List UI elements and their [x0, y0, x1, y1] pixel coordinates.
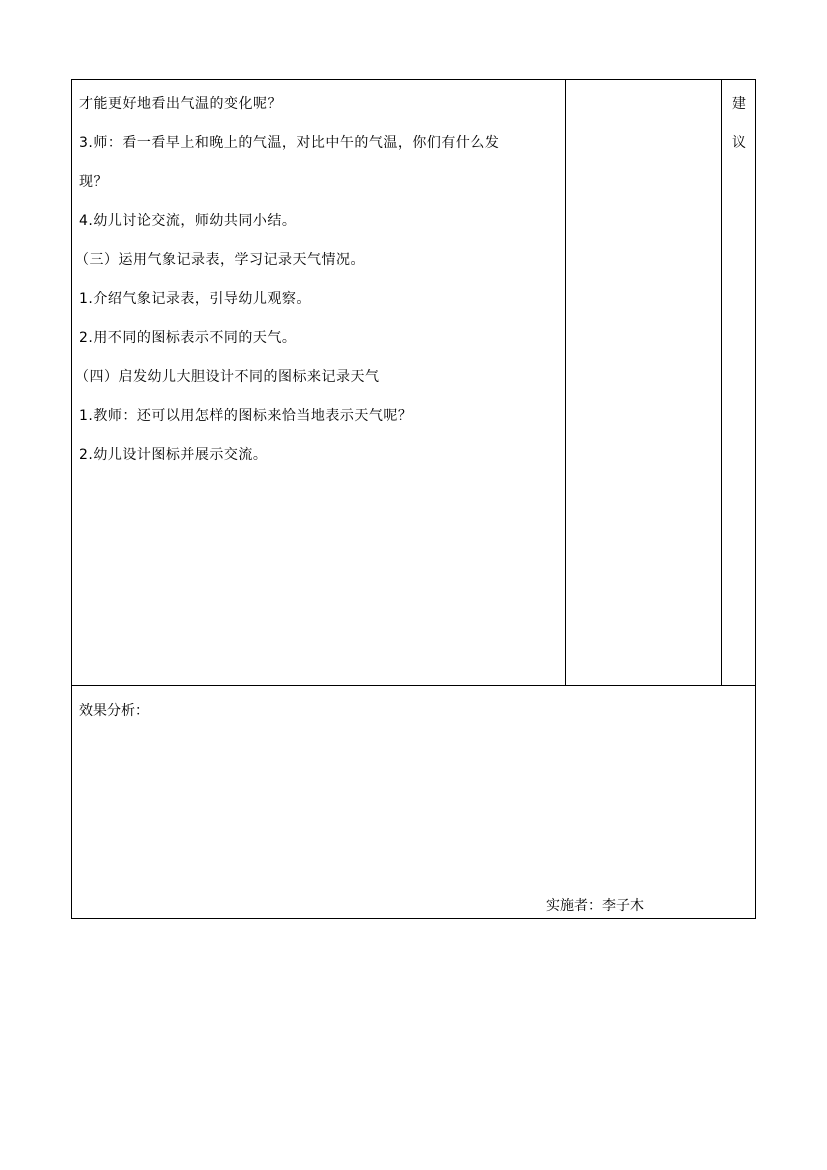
process-line: 2.幼儿设计图标并展示交流。 [79, 447, 267, 463]
suggestion-label-char: 议 [732, 135, 750, 151]
process-line: 4.幼儿讨论交流，师幼共同小结。 [79, 213, 296, 229]
process-line: 才能更好地看出气温的变化呢？ [79, 96, 282, 112]
section-heading: （四）启发幼儿大胆设计不同的图标来记录天气 [75, 369, 380, 385]
column-divider-1 [565, 80, 566, 686]
section-heading: （三）运用气象记录表，学习记录天气情况。 [75, 252, 365, 268]
lesson-plan-table: 才能更好地看出气温的变化呢？ 3.师：看一看早上和晚上的气温，对比中午的气温，你… [71, 79, 756, 919]
implementer-signature: 实施者：李子木 [546, 898, 644, 914]
process-line: 现？ [79, 174, 108, 190]
process-line: 1.教师：还可以用怎样的图标来恰当地表示天气呢？ [79, 408, 412, 424]
process-line: 3.师：看一看早上和晚上的气温，对比中午的气温，你们有什么发 [79, 135, 499, 151]
suggestion-label-char: 建 [732, 96, 750, 112]
process-line: 1.介绍气象记录表，引导幼儿观察。 [79, 291, 311, 307]
row-divider [72, 685, 755, 686]
process-line: 2.用不同的图标表示不同的天气。 [79, 330, 296, 346]
column-divider-2 [721, 80, 722, 686]
effect-analysis-label: 效果分析： [79, 703, 149, 719]
